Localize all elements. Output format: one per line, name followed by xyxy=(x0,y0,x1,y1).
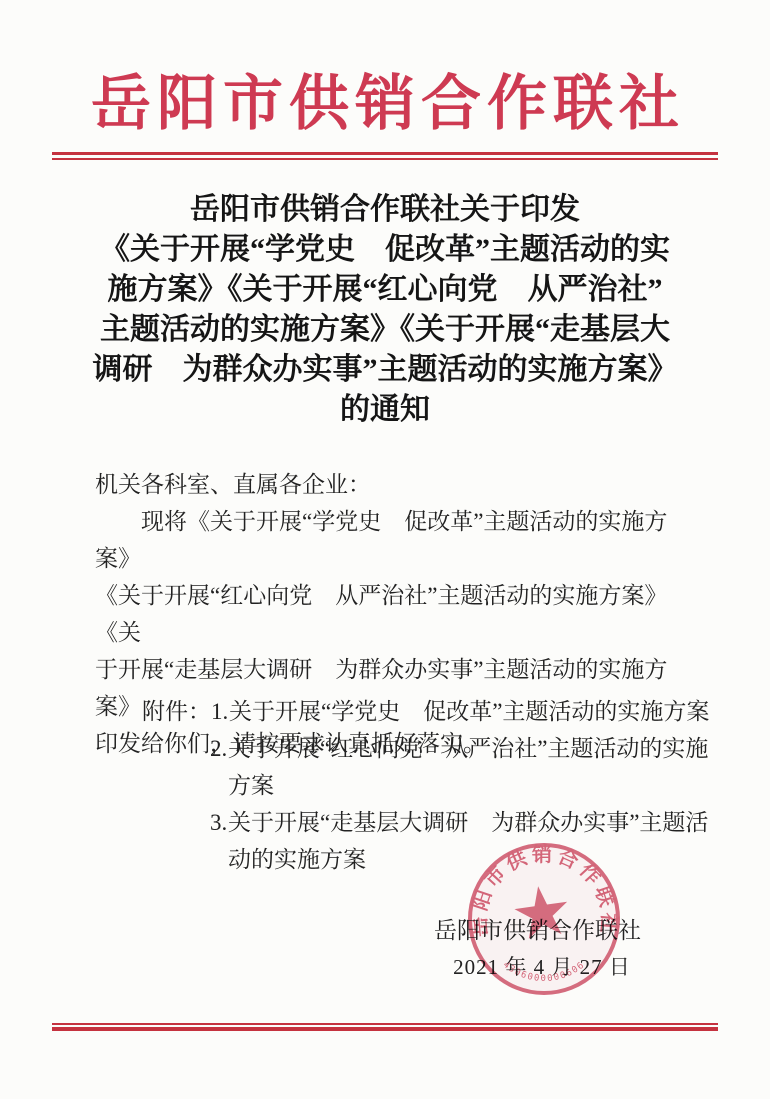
signature-org-name: 岳阳市供销合作联社 xyxy=(434,912,639,945)
attachments-list: 附件：1.关于开展“学党史 促改革”主题活动的实施方案 2.关于开展“红心向党 … xyxy=(142,693,710,878)
salutation: 机关各科室、直属各企业： xyxy=(95,466,698,503)
attachment-item-2: 2.关于开展“红心向党 从严治社”主题活动的实施 xyxy=(142,730,710,767)
attachment-item-2-continued: 方案 xyxy=(142,767,710,804)
body-paragraph-line: 《关于开展“红心向党 从严治社”主题活动的实施方案》《关 xyxy=(95,577,698,651)
attachment-number: 2. xyxy=(210,730,228,767)
attachment-item-3: 3.关于开展“走基层大调研 为群众办实事”主题活 xyxy=(142,804,710,841)
document-title: 岳阳市供销合作联社关于印发 《关于开展“学党史 促改革”主题活动的实 施方案》《… xyxy=(38,190,732,430)
footer-divider xyxy=(52,1023,718,1031)
attachment-text: 动的实施方案 xyxy=(228,847,366,872)
attachment-number: 1. xyxy=(211,693,229,730)
attachments-label: 附件： xyxy=(142,693,211,730)
divider-thick-line xyxy=(52,1027,718,1031)
document-title-line: 岳阳市供销合作联社关于印发 xyxy=(38,190,732,230)
document-title-line: 调研 为群众办实事”主题活动的实施方案》 xyxy=(38,350,732,390)
attachment-item-1: 附件：1.关于开展“学党史 促改革”主题活动的实施方案 xyxy=(142,693,710,730)
attachment-item-3-continued: 动的实施方案 xyxy=(142,841,710,878)
document-title-line: 的通知 xyxy=(38,390,732,430)
attachment-text: 关于开展“走基层大调研 为群众办实事”主题活 xyxy=(228,810,708,835)
divider-thick-line xyxy=(52,152,718,155)
official-document-page: 岳阳市供销合作联社 岳阳市供销合作联社关于印发 《关于开展“学党史 促改革”主题… xyxy=(0,0,770,1099)
attachment-text: 关于开展“红心向党 从严治社”主题活动的实施 xyxy=(228,736,708,761)
divider-thin-line xyxy=(52,1023,718,1025)
letterhead-org-name: 岳阳市供销合作联社 xyxy=(0,72,770,136)
attachment-text: 关于开展“学党史 促改革”主题活动的实施方案 xyxy=(229,699,709,724)
signature-date: 2021 年 4 月 27 日 xyxy=(442,951,642,981)
body-paragraph-line: 现将《关于开展“学党史 促改革”主题活动的实施方案》 xyxy=(95,503,698,577)
attachment-text: 方案 xyxy=(228,773,274,798)
divider-thin-line xyxy=(52,158,718,160)
letterhead-divider xyxy=(52,152,718,160)
attachment-number: 3. xyxy=(210,804,228,841)
document-title-line: 主题活动的实施方案》《关于开展“走基层大 xyxy=(38,310,732,350)
document-title-line: 施方案》《关于开展“红心向党 从严治社” xyxy=(38,270,732,310)
document-title-line: 《关于开展“学党史 促改革”主题活动的实 xyxy=(38,230,732,270)
